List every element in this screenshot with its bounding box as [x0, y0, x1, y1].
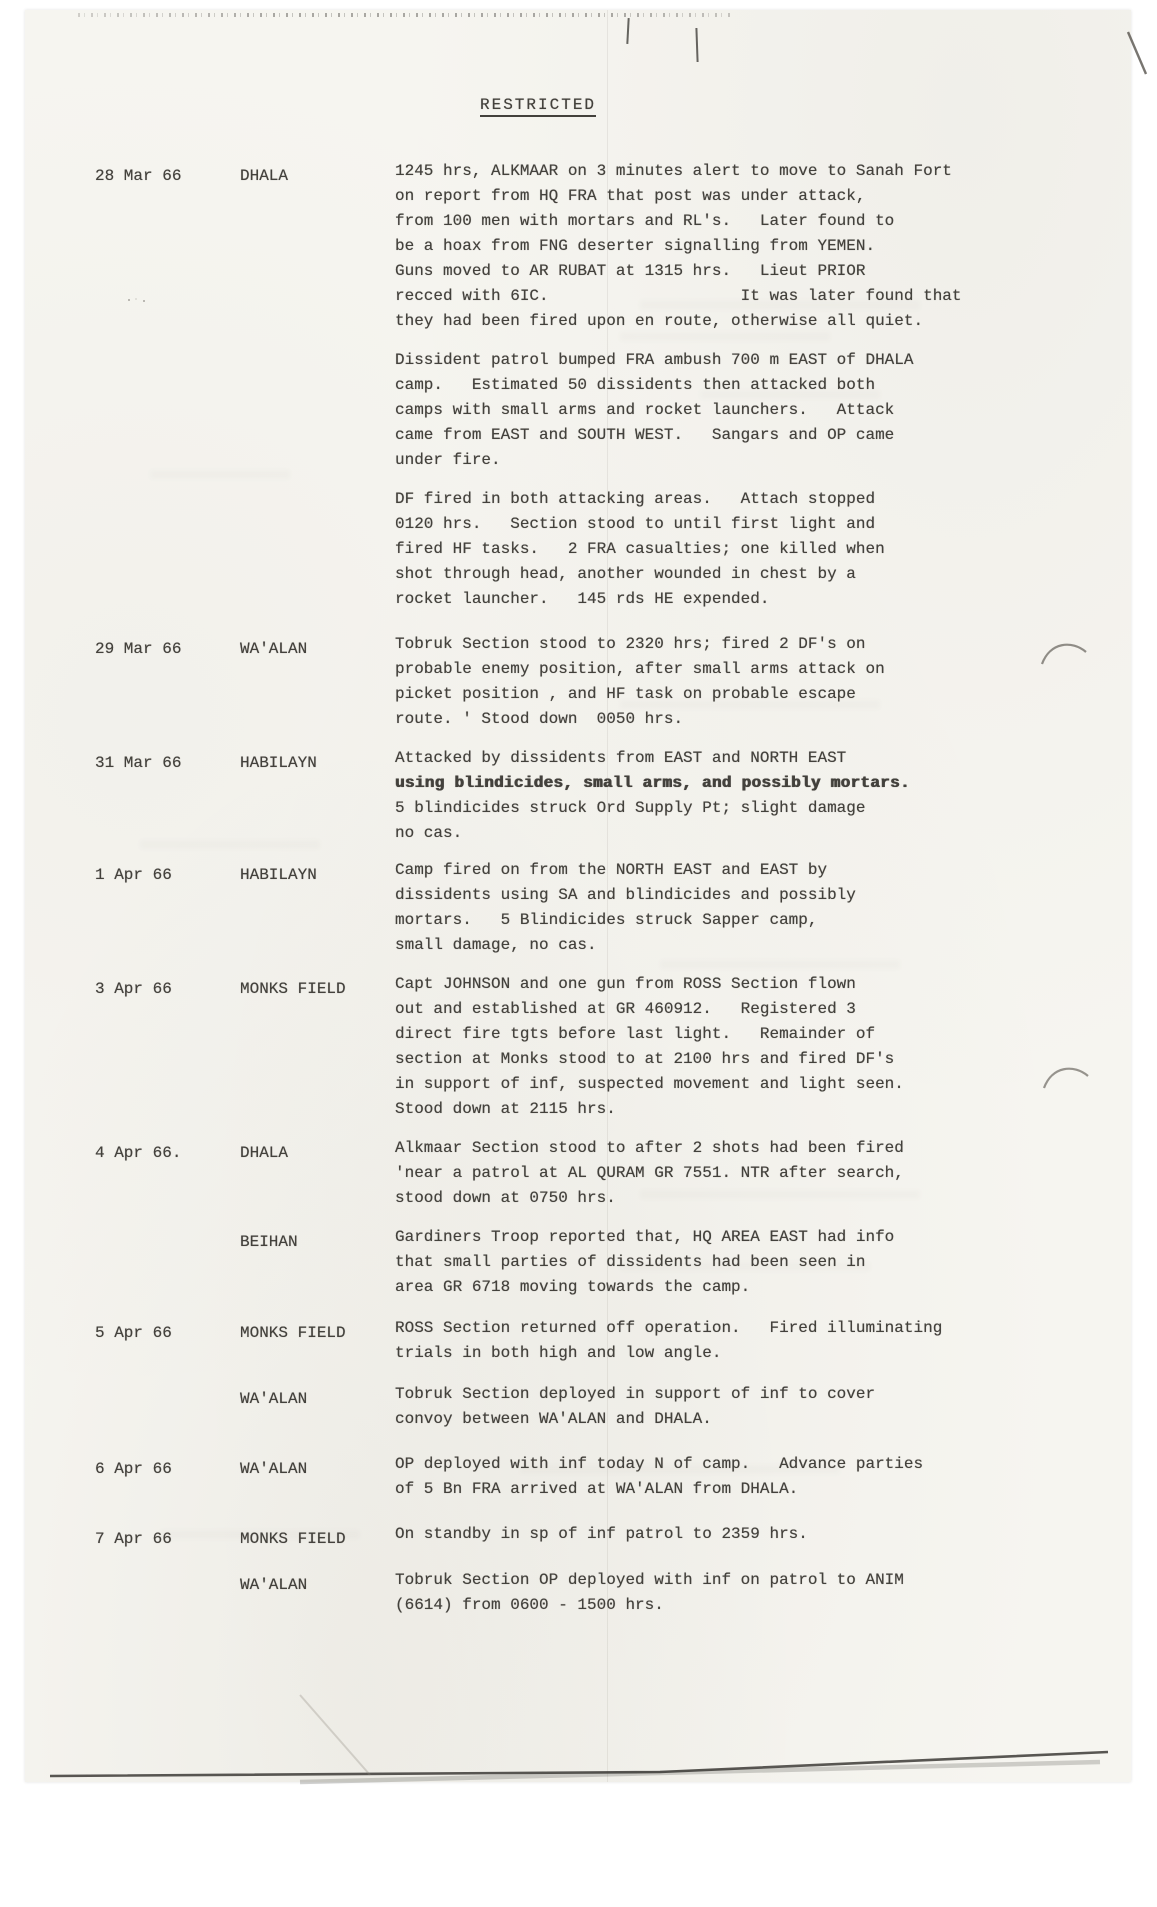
log-entry: 1 Apr 66 HABILAYN Camp fired on from the… [25, 858, 1131, 958]
entry-date: 1 Apr 66 [95, 858, 240, 958]
entry-location: DHALA [240, 1136, 395, 1211]
log-entry: 6 Apr 66 WA'ALAN OP deployed with inf to… [25, 1452, 1131, 1502]
entry-body: ROSS Section returned off operation. Fir… [395, 1316, 1035, 1366]
entry-date: 29 Mar 66 [95, 632, 240, 732]
entry-location: MONKS FIELD [240, 972, 395, 1122]
entry-paragraph: Alkmaar Section stood to after 2 shots h… [395, 1136, 1035, 1211]
entry-paragraph-overstruck: using blindicides, small arms, and possi… [395, 771, 1035, 796]
entry-paragraph: Gardiners Troop reported that, HQ AREA E… [395, 1225, 1035, 1300]
log-entry: 7 Apr 66 MONKS FIELD On standby in sp of… [25, 1522, 1131, 1548]
log-entry: 4 Apr 66. DHALA Alkmaar Section stood to… [25, 1136, 1131, 1211]
entry-body: Capt JOHNSON and one gun from ROSS Secti… [395, 972, 1035, 1122]
entry-body: Gardiners Troop reported that, HQ AREA E… [395, 1225, 1035, 1300]
entry-location: WA'ALAN [240, 1568, 395, 1618]
paper-crease [607, 10, 608, 1782]
entry-body: Attacked by dissidents from EAST and NOR… [395, 746, 1035, 846]
entry-location: HABILAYN [240, 858, 395, 958]
entry-paragraph: DF fired in both attacking areas. Attach… [395, 487, 1035, 612]
entry-date: 7 Apr 66 [95, 1522, 240, 1548]
entry-date [95, 1382, 240, 1432]
entry-location: BEIHAN [240, 1225, 395, 1300]
entry-body: OP deployed with inf today N of camp. Ad… [395, 1452, 1035, 1502]
log-entry: WA'ALAN Tobruk Section OP deployed with … [25, 1568, 1131, 1618]
entry-date: 5 Apr 66 [95, 1316, 240, 1366]
entry-location: HABILAYN [240, 746, 395, 846]
log-entry: 3 Apr 66 MONKS FIELD Capt JOHNSON and on… [25, 972, 1131, 1122]
log-entry: BEIHAN Gardiners Troop reported that, HQ… [25, 1225, 1131, 1300]
entry-location: DHALA [240, 159, 395, 612]
entry-body: Tobruk Section OP deployed with inf on p… [395, 1568, 1035, 1618]
entry-date: 6 Apr 66 [95, 1452, 240, 1502]
log-entries: 28 Mar 66 DHALA 1245 hrs, ALKMAAR on 3 m… [25, 159, 1131, 1618]
entry-paragraph: 1245 hrs, ALKMAAR on 3 minutes alert to … [395, 159, 1035, 334]
entry-paragraph: On standby in sp of inf patrol to 2359 h… [395, 1522, 1035, 1547]
entry-body: 1245 hrs, ALKMAAR on 3 minutes alert to … [395, 159, 1035, 612]
entry-paragraph: Tobruk Section deployed in support of in… [395, 1382, 1035, 1432]
entry-paragraph: OP deployed with inf today N of camp. Ad… [395, 1452, 1035, 1502]
scanned-page: RESTRICTED 28 Mar 66 DHALA 1245 hrs, ALK… [25, 10, 1131, 1782]
log-entry: WA'ALAN Tobruk Section deployed in suppo… [25, 1382, 1131, 1432]
classification-header: RESTRICTED [25, 10, 1131, 117]
entry-date: 3 Apr 66 [95, 972, 240, 1122]
entry-date: 28 Mar 66 [95, 159, 240, 612]
entry-body: Tobruk Section deployed in support of in… [395, 1382, 1035, 1432]
entry-location: WA'ALAN [240, 632, 395, 732]
entry-location: MONKS FIELD [240, 1316, 395, 1366]
entry-paragraph: Dissident patrol bumped FRA ambush 700 m… [395, 348, 1035, 473]
entry-paragraph: ROSS Section returned off operation. Fir… [395, 1316, 1035, 1366]
classification-label: RESTRICTED [480, 96, 596, 117]
entry-body: Tobruk Section stood to 2320 hrs; fired … [395, 632, 1035, 732]
entry-body: On standby in sp of inf patrol to 2359 h… [395, 1522, 1035, 1548]
entry-paragraph: Tobruk Section OP deployed with inf on p… [395, 1568, 1035, 1618]
entry-location: MONKS FIELD [240, 1522, 395, 1548]
entry-paragraph: Capt JOHNSON and one gun from ROSS Secti… [395, 972, 1035, 1122]
log-entry: 29 Mar 66 WA'ALAN Tobruk Section stood t… [25, 632, 1131, 732]
entry-body: Alkmaar Section stood to after 2 shots h… [395, 1136, 1035, 1211]
entry-paragraph: 5 blindicides struck Ord Supply Pt; slig… [395, 796, 1035, 846]
entry-date: 31 Mar 66 [95, 746, 240, 846]
log-entry: 28 Mar 66 DHALA 1245 hrs, ALKMAAR on 3 m… [25, 159, 1131, 612]
entry-location: WA'ALAN [240, 1452, 395, 1502]
entry-paragraph: Attacked by dissidents from EAST and NOR… [395, 746, 1035, 771]
entry-paragraph: Camp fired on from the NORTH EAST and EA… [395, 858, 1035, 958]
log-entry: 5 Apr 66 MONKS FIELD ROSS Section return… [25, 1316, 1131, 1366]
entry-date [95, 1225, 240, 1300]
log-entry: 31 Mar 66 HABILAYN Attacked by dissident… [25, 746, 1131, 846]
entry-location: WA'ALAN [240, 1382, 395, 1432]
entry-paragraph: Tobruk Section stood to 2320 hrs; fired … [395, 632, 1035, 732]
entry-body: Camp fired on from the NORTH EAST and EA… [395, 858, 1035, 958]
entry-date [95, 1568, 240, 1618]
entry-date: 4 Apr 66. [95, 1136, 240, 1211]
